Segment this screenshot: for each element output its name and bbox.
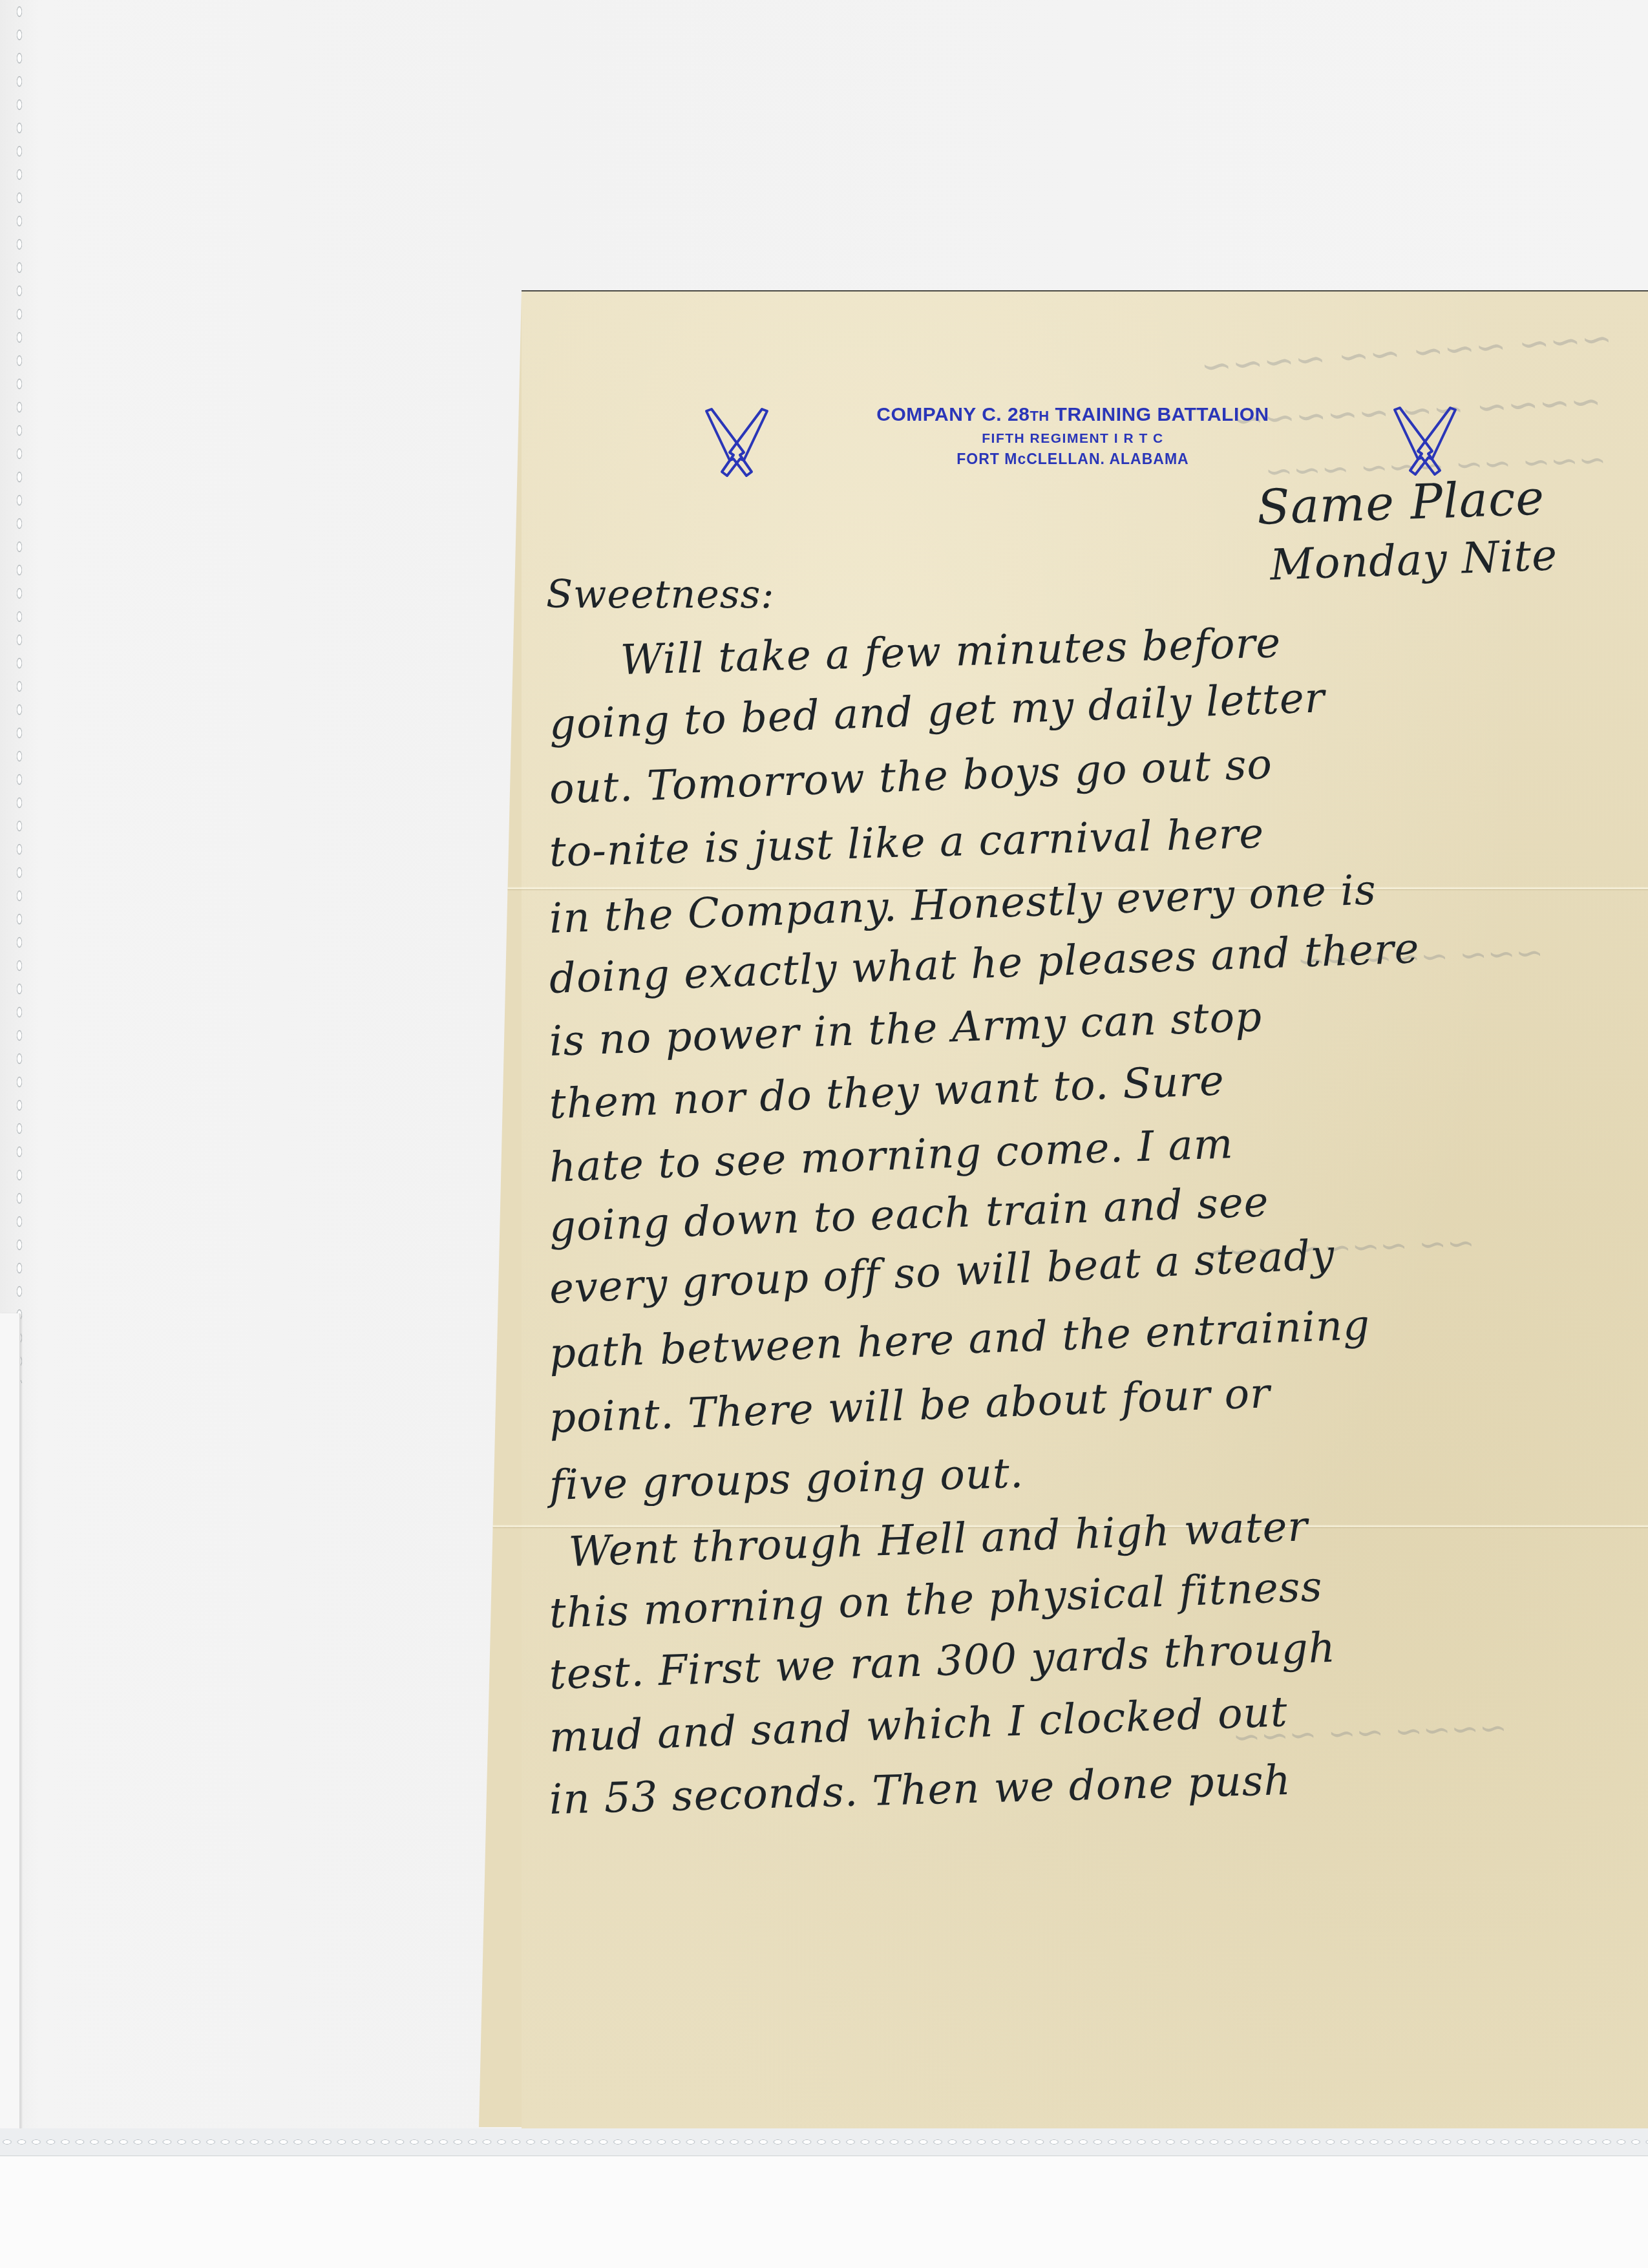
letterhead-regiment: FIFTH REGIMENT I R T C [795, 429, 1351, 449]
letterhead-company: COMPANY C. 28TH TRAINING BATTALION [795, 402, 1351, 429]
letterhead: COMPANY C. 28TH TRAINING BATTALION FIFTH… [795, 402, 1351, 469]
letter-date: Monday Nite [1269, 530, 1559, 589]
sleeve-perforation-left [12, 0, 27, 1383]
crossed-rifles-icon [701, 407, 772, 478]
sleeve-bottom-margin [0, 2156, 1648, 2268]
sleeve-perforation-bottom [0, 2128, 1648, 2156]
sleeve-side-tab [0, 1313, 21, 2154]
crossed-rifles-icon [1389, 406, 1461, 477]
letterhead-ordinal-suffix: TH [1030, 408, 1049, 424]
salutation: Sweetness: [546, 572, 775, 617]
letterhead-battalion-text: TRAINING BATTALION [1050, 404, 1269, 425]
letterhead-location: FORT McCLELLAN. ALABAMA [795, 449, 1351, 469]
letterhead-company-text: COMPANY C. 28 [876, 404, 1030, 425]
letter-place: Same Place [1256, 470, 1546, 535]
bleed-through-ink: ~~~ ~~~ ~~ ~~~~ [1199, 316, 1614, 388]
